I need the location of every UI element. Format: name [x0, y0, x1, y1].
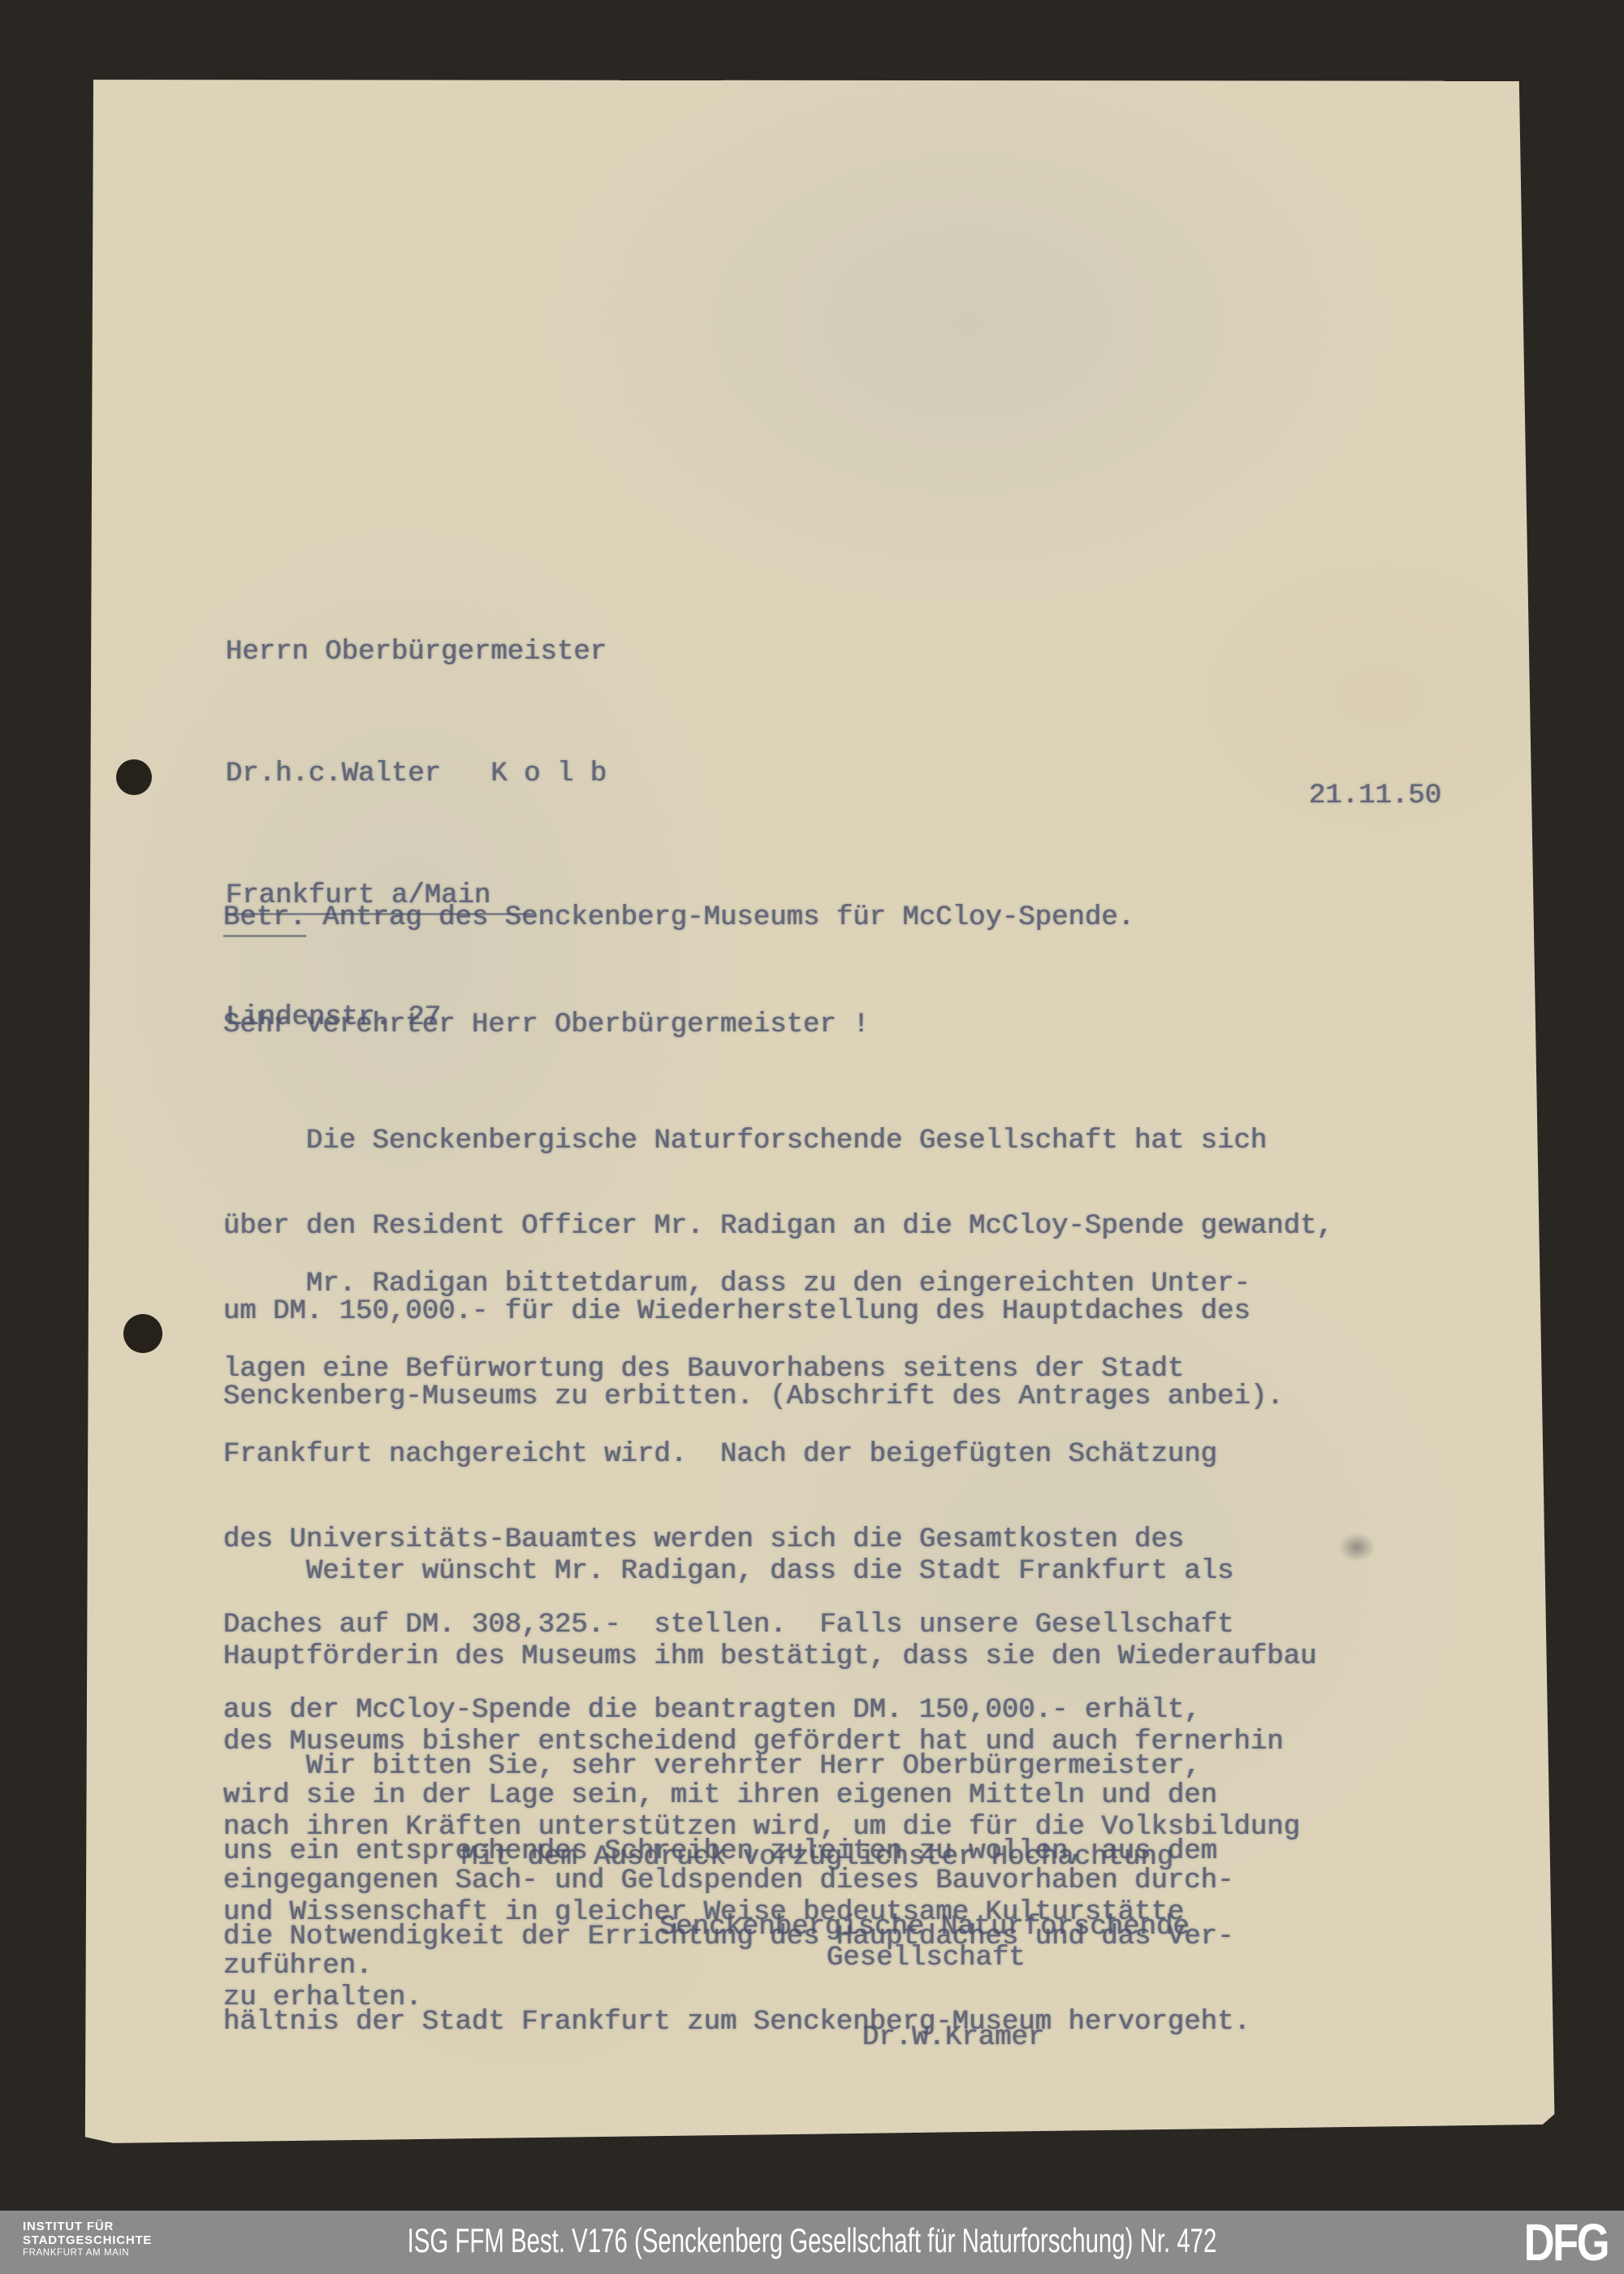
subject-line: Betr. Antrag des Senckenberg-Museums für…: [223, 904, 1134, 932]
dfg-logo: DFG: [1524, 2212, 1608, 2272]
body-line: Hauptförderin des Museums ihm bestätigt,…: [223, 1643, 1317, 1671]
letter-date: 21.11.50: [1309, 782, 1441, 811]
signature-org-line-1: Senckenbergische Naturforschende: [659, 1913, 1190, 1942]
subject-text: Antrag des Senckenberg-Museums für McClo…: [306, 902, 1134, 933]
punch-hole-bottom: [123, 1314, 162, 1353]
institute-line-2: STADTGESCHICHTE: [23, 2233, 152, 2247]
body-line: Weiter wünscht Mr. Radigan, dass die Sta…: [223, 1558, 1317, 1586]
body-line: hältnis der Stadt Frankfurt zum Senckenb…: [223, 2008, 1250, 2037]
footer-bar: INSTITUT FÜR STADTGESCHICHTE FRANKFURT A…: [0, 2211, 1624, 2274]
salutation: Sehr verehrter Herr Oberbürgermeister !: [223, 1011, 870, 1040]
closing-line: Mit dem Ausdruck vorzüglichster Hochacht…: [461, 1844, 1173, 1872]
document-scan: Herrn Oberbürgermeister Dr.h.c.Walter K …: [84, 75, 1557, 2147]
subject-label: Betr.: [223, 902, 306, 937]
signature-org-line-2: Gesellschaft: [827, 1944, 1026, 1973]
body-line: Die Senckenbergische Naturforschende Ges…: [223, 1127, 1333, 1156]
institute-line-1: INSTITUT FÜR: [23, 2220, 152, 2233]
body-line: Wir bitten Sie, sehr verehrter Herr Ober…: [223, 1753, 1250, 1781]
recipient-line: Dr.h.c.Walter K o l b: [226, 754, 607, 794]
body-line: Mr. Radigan bittetdarum, dass zu den ein…: [223, 1270, 1250, 1299]
signatory-name: Dr.W.Kramer: [862, 2024, 1044, 2052]
body-line: Frankfurt nachgereicht wird. Nach der be…: [223, 1441, 1250, 1469]
body-line: lagen eine Befürwortung des Bauvorhabens…: [223, 1355, 1250, 1384]
archive-viewer-background: Herrn Oberbürgermeister Dr.h.c.Walter K …: [0, 0, 1624, 2274]
ink-smudge: [1338, 1533, 1376, 1562]
archive-reference: ISG FFM Best. V176 (Senckenberg Gesellsc…: [408, 2221, 1217, 2260]
recipient-line: Herrn Oberbürgermeister: [226, 632, 607, 672]
paragraph-4: Wir bitten Sie, sehr verehrter Herr Ober…: [223, 1696, 1250, 2094]
punch-hole-top: [116, 759, 152, 795]
institute-line-3: FRANKFURT AM MAIN: [23, 2247, 152, 2259]
institute-logo: INSTITUT FÜR STADTGESCHICHTE FRANKFURT A…: [23, 2220, 152, 2259]
